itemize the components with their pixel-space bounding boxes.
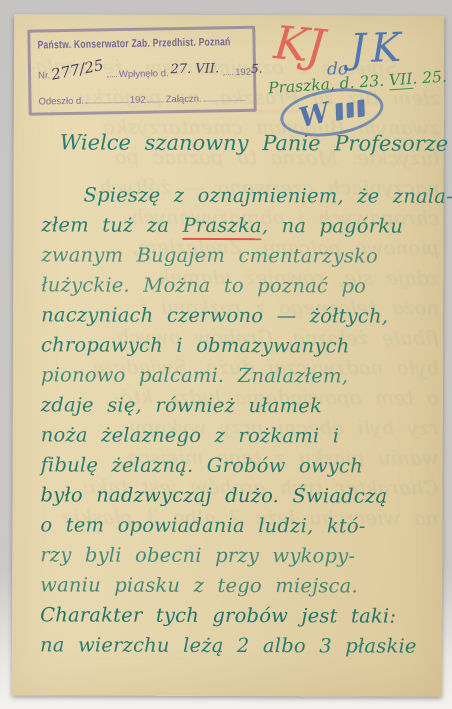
line-text: złem tuż za: [41, 213, 182, 236]
letter-line: Charakter tych grobów jest taki:: [40, 600, 442, 631]
line-text: waniu piasku z tego miejsca.: [40, 573, 358, 597]
dotted-leader: [148, 100, 164, 102]
letter-line: zwanym Bugajem cmentarzysko: [41, 240, 443, 271]
oval-bar-icon: [347, 101, 354, 117]
letter-line: Spieszę z oznajmieniem, że znala-: [42, 180, 444, 211]
line-text: chropawych i obmazywanych: [41, 333, 350, 357]
stamp-year-value: 5.: [251, 62, 263, 76]
dotted-leader: [107, 75, 117, 77]
oval-bar-icon: [357, 99, 364, 117]
dotted-leader: [223, 73, 233, 75]
stamp-year-prefix: 192: [235, 67, 251, 78]
letter-line: łużyckie. Można to poznać po: [41, 270, 443, 301]
greeting-line: Wielce szanowny Panie Profesorze !: [60, 130, 452, 155]
underlined-word: Praszka: [183, 214, 262, 240]
line-text: zwanym Bugajem cmentarzysko: [41, 243, 378, 267]
blue-pencil-initials: JK: [349, 25, 406, 73]
stamp-row-sent: Odeszło d. 192 Załączn.: [38, 93, 247, 108]
dateline-month-underlined: VII: [388, 70, 413, 91]
stamp-year-prefix: 192: [130, 95, 146, 106]
line-text: na wierzchu leżą 2 albo 3 płaskie: [40, 633, 417, 657]
dotted-leader: [86, 101, 128, 104]
letter-line: o tem opowiadania ludzi, któ-: [40, 510, 442, 541]
line-text: było nadzwyczaj dużo. Świadczą: [40, 483, 387, 507]
letter-line: noża żelaznego z rożkami i: [41, 420, 443, 451]
office-stamp: Państw. Konserwator Zab. Przedhist. Pozn…: [27, 26, 256, 116]
stamp-received-label: Wpłynęło d.: [119, 68, 169, 80]
letter-line: rzy byli obecni przy wykopy-: [40, 540, 442, 571]
letter-line: pionowo palcami. Znalazłem,: [41, 360, 443, 391]
line-text: o tem opowiadania ludzi, któ-: [40, 513, 365, 537]
stamp-nr-label: Nr.: [38, 70, 50, 81]
line-text: pionowo palcami. Znalazłem,: [41, 363, 348, 387]
line-text: noża żelaznego z rożkami i: [41, 423, 340, 447]
oval-bar-icon: [336, 102, 343, 120]
letter-line: złem tuż za Praszka, na pagórku: [41, 210, 443, 241]
letter-body: Spieszę z oznajmieniem, że znala-złem tu…: [40, 180, 444, 661]
stamp-received-value: 27. VII.: [170, 61, 219, 77]
letter-paper: Spieszę z oznajmieniem, że znala-złem tu…: [12, 14, 444, 696]
stamp-attach-label: Załączn.: [166, 94, 202, 106]
line-text: Spieszę z oznajmieniem, że znala-: [84, 183, 452, 207]
line-text: łużyckie. Można to poznać po: [41, 273, 366, 297]
letter-line: było nadzwyczaj dużo. Świadczą: [40, 480, 442, 511]
letter-line: na wierzchu leżą 2 albo 3 płaskie: [40, 630, 442, 661]
stamp-row-received: Nr. 277/25 Wpłynęło d. 27. VII. 192 5.: [38, 61, 247, 83]
line-text: , na pagórku: [262, 214, 403, 237]
line-text: zdaje się, również ułamek: [41, 393, 322, 417]
photo-background: Spieszę z oznajmieniem, że znala-złem tu…: [0, 0, 452, 709]
stamp-title: Państw. Konserwator Zab. Przedhist. Pozn…: [37, 37, 200, 52]
stamp-nr-value: 277/25: [50, 56, 105, 84]
stamp-sent-label: Odeszło d.: [38, 96, 84, 108]
letter-line: waniu piasku z tego miejsca.: [40, 570, 442, 601]
letter-line: zdaje się, również ułamek: [41, 390, 443, 421]
line-text: fibulę żelazną. Grobów owych: [41, 453, 363, 477]
dateline-year: . 25.: [412, 68, 448, 88]
oval-letter: W: [296, 97, 332, 134]
letter-line: naczyniach czerwono — żółtych,: [41, 300, 443, 331]
line-text: rzy byli obecni przy wykopy-: [40, 543, 355, 567]
red-pencil-initials: KJ: [272, 15, 326, 73]
letter-line: chropawych i obmazywanych: [41, 330, 443, 361]
line-text: naczyniach czerwono — żółtych,: [41, 303, 388, 327]
line-text: Charakter tych grobów jest taki:: [40, 603, 396, 627]
dotted-leader: [204, 99, 246, 102]
letter-line: fibulę żelazną. Grobów owych: [41, 450, 443, 481]
